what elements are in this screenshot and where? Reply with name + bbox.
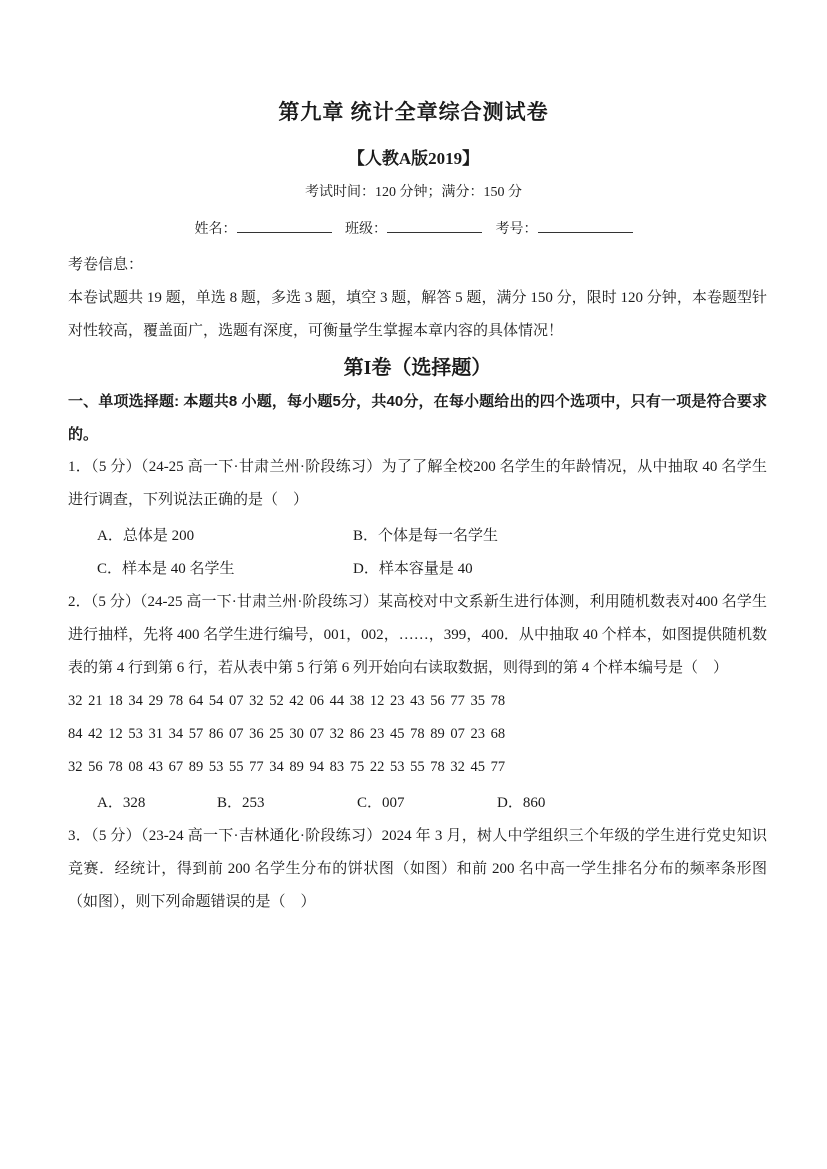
student-info-line: 姓名： 班级： 考号： — [0, 217, 827, 241]
edition-line: 【人教A版2019】 — [0, 147, 827, 171]
random-table-row-2: 84 42 12 53 31 34 57 86 07 36 25 30 07 3… — [68, 718, 767, 751]
question-2-stem: 2．（5 分）（24-25 高一下·甘肃兰州·阶段练习）某高校对中文系新生进行体… — [68, 586, 767, 685]
name-label: 姓名： — [195, 222, 237, 237]
question-2-option-d: D．860 — [497, 787, 767, 820]
question-2-option-a: A．328 — [97, 787, 217, 820]
paper-info-body: 本卷试题共 19 题，单选 8 题，多选 3 题，填空 3 题，解答 5 题，满… — [68, 282, 767, 348]
paper-info-heading: 考卷信息： — [68, 249, 767, 282]
question-1-option-d: D．样本容量是 40 — [353, 553, 767, 586]
exam-meta-line: 考试时间：120 分钟；满分：150 分 — [0, 183, 827, 203]
question-2-option-b: B．253 — [217, 787, 357, 820]
question-1-stem: 1．（5 分）（24-25 高一下·甘肃兰州·阶段练习）为了了解全校200 名学… — [68, 451, 767, 517]
page-title: 第九章 统计全章综合测试卷 — [0, 97, 827, 127]
question-1-option-c: C．样本是 40 名学生 — [97, 553, 353, 586]
class-blank-field — [387, 217, 482, 233]
random-table-row-1: 32 21 18 34 29 78 64 54 07 32 52 42 06 4… — [68, 685, 767, 718]
exam-no-blank-field — [538, 217, 633, 233]
random-table-row-3: 32 56 78 08 43 67 89 53 55 77 34 89 94 8… — [68, 751, 767, 784]
question-2-option-c: C．007 — [357, 787, 497, 820]
question-1-option-a: A．总体是 200 — [97, 520, 353, 553]
document-page: 第九章 统计全章综合测试卷 【人教A版2019】 考试时间：120 分钟；满分：… — [0, 0, 827, 1169]
section1-intro: 一、单项选择题: 本题共8 小题，每小题5分，共40分，在每小题给出的四个选项中… — [68, 385, 767, 451]
part1-heading: 第I卷（选择题） — [68, 352, 767, 385]
question-3-stem: 3．（5 分）（23-24 高一下·吉林通化·阶段练习）2024 年 3 月，树… — [68, 820, 767, 919]
question-1-options: A．总体是 200 B．个体是每一名学生 C．样本是 40 名学生 D．样本容量… — [68, 520, 767, 586]
question-1-option-b: B．个体是每一名学生 — [353, 520, 767, 553]
class-label: 班级： — [345, 222, 387, 237]
name-blank-field — [237, 217, 332, 233]
document-body: 考卷信息： 本卷试题共 19 题，单选 8 题，多选 3 题，填空 3 题，解答… — [68, 249, 767, 919]
exam-no-label: 考号： — [496, 222, 538, 237]
random-number-table: 32 21 18 34 29 78 64 54 07 32 52 42 06 4… — [68, 685, 767, 784]
question-2-options: A．328 B．253 C．007 D．860 — [68, 787, 767, 820]
